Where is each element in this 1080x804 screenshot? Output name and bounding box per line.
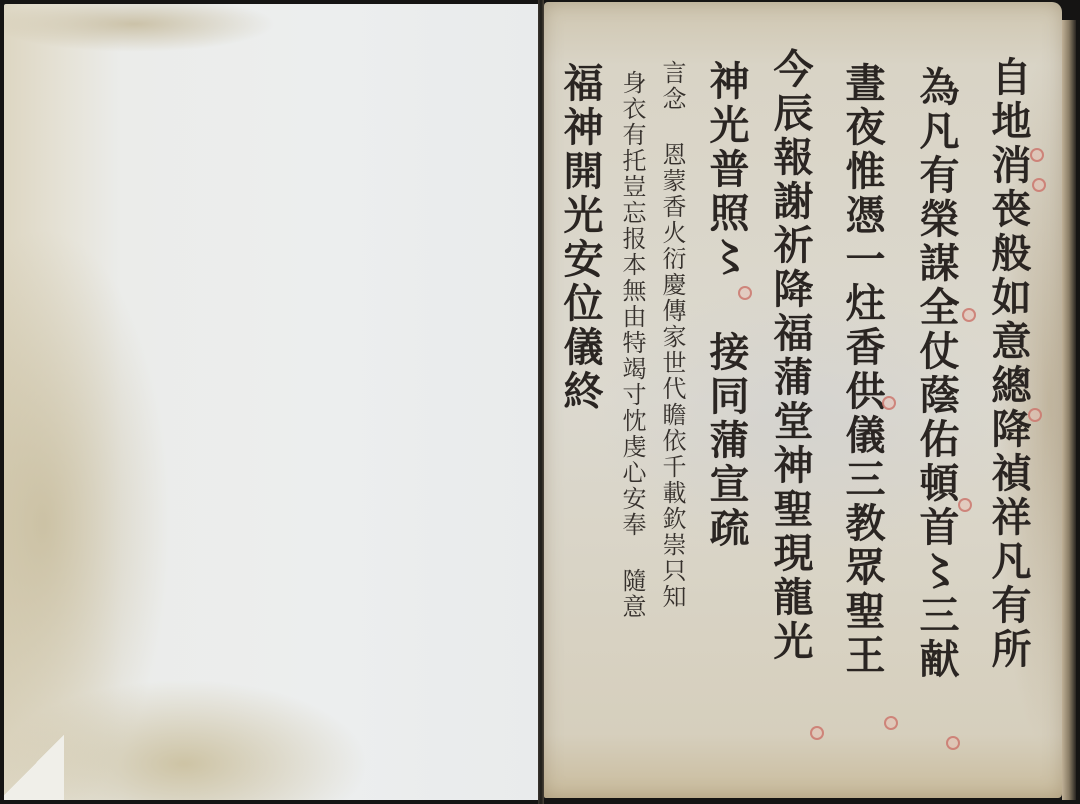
punctuation-mark — [882, 396, 896, 410]
punctuation-mark — [1028, 408, 1042, 422]
text-column-5: 神光普照〻 接同蒲宣疏 — [706, 60, 746, 551]
text-column-8: 福神開光安位儀終 — [560, 62, 600, 414]
text-column-7-small: 身衣有托豈忘报本無由特竭寸忱虔心安奉 隨意 — [620, 70, 644, 620]
text-column-2: 為凡有榮謀全仗蔭佑頓首〻三献 — [916, 66, 956, 682]
punctuation-mark — [1030, 148, 1044, 162]
punctuation-mark — [962, 308, 976, 322]
punctuation-mark — [738, 286, 752, 300]
punctuation-mark — [958, 498, 972, 512]
text-column-1: 自地消䘮般如意總降禎祥凡有所 — [988, 56, 1028, 672]
open-book: 自地消䘮般如意總降禎祥凡有所 為凡有榮謀全仗蔭佑頓首〻三献 晝夜惟憑一炷香供儀三… — [0, 0, 1080, 804]
page-corner-fold — [4, 730, 64, 800]
punctuation-mark — [810, 726, 824, 740]
text-column-6-small: 言念 恩蒙香火衍慶傳家世代瞻依千載欽崇只知 — [660, 60, 684, 610]
punctuation-mark — [884, 716, 898, 730]
punctuation-mark — [1032, 178, 1046, 192]
text-column-3: 晝夜惟憑一炷香供儀三教眾聖王 — [842, 62, 882, 678]
left-page-blank — [4, 4, 540, 800]
punctuation-mark — [946, 736, 960, 750]
text-column-4: 今辰報謝祈降福蒲堂神聖現龍光 — [770, 48, 810, 664]
page-edge — [1062, 20, 1076, 800]
